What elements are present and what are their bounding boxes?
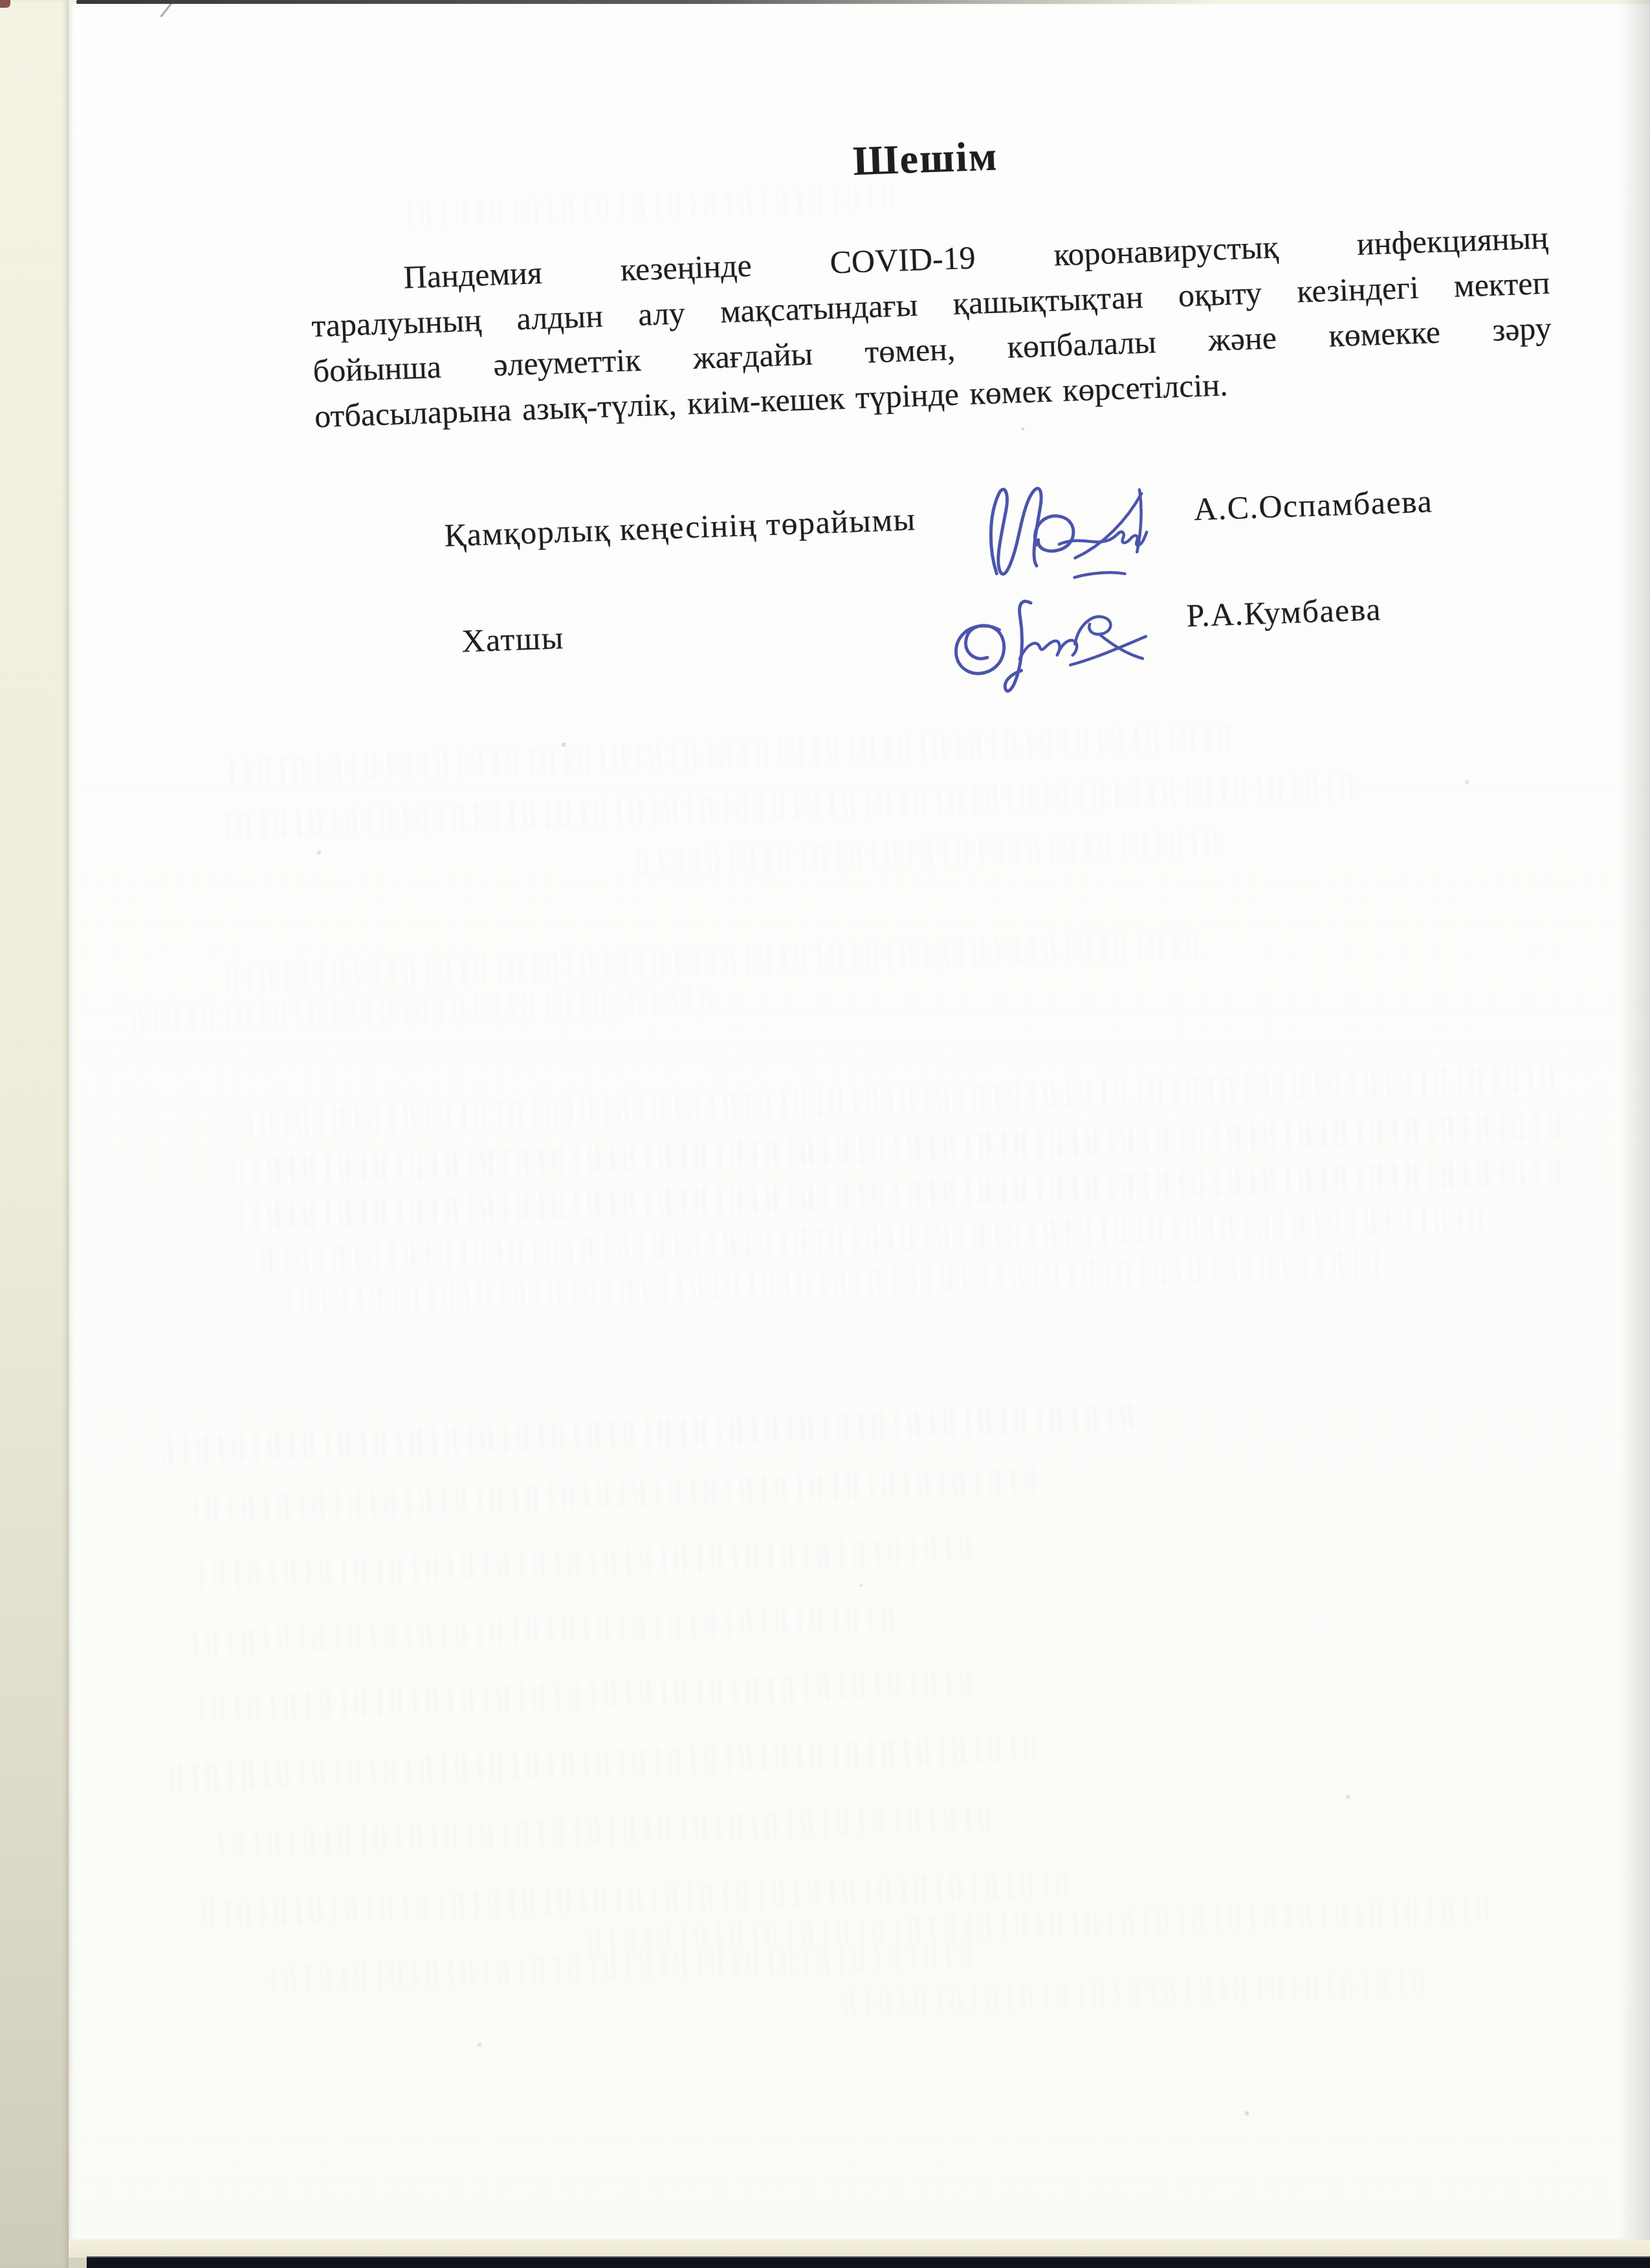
scan-corner-mark	[0, 0, 10, 8]
document-title: Шешім	[305, 113, 1545, 204]
signature-ink-kumbayeva	[936, 591, 1154, 708]
signature-ink-ospambayeva	[974, 475, 1172, 589]
signatory-role: Хатшы	[461, 618, 564, 659]
scan-noise-specks	[0, 0, 1, 1]
signatory-name: А.С.Оспамбаева	[1193, 482, 1433, 528]
page-right-edge-shade	[1619, 0, 1650, 2268]
body-paragraph: Пандемия кезеңінде COVID-19 коронавируст…	[309, 215, 1554, 439]
page-bottom-edge	[69, 2240, 1650, 2258]
signature-row-chairwoman: Қамқорлық кеңесінің төрайымы А.С.Оспамба…	[318, 478, 1558, 567]
signatory-name: Р.А.Кумбаева	[1186, 590, 1382, 634]
scan-bottom-black-bar	[87, 2256, 1650, 2268]
scan-top-edge-artifact	[76, 0, 1215, 4]
scanned-page: Шешім Пандемия кезеңінде COVID-19 корона…	[0, 0, 1650, 2268]
document-content: Шешім Пандемия кезеңінде COVID-19 корона…	[304, 76, 1565, 765]
scanner-bed-left-strip	[0, 0, 69, 2268]
signatory-role: Қамқорлық кеңесінің төрайымы	[444, 500, 917, 554]
